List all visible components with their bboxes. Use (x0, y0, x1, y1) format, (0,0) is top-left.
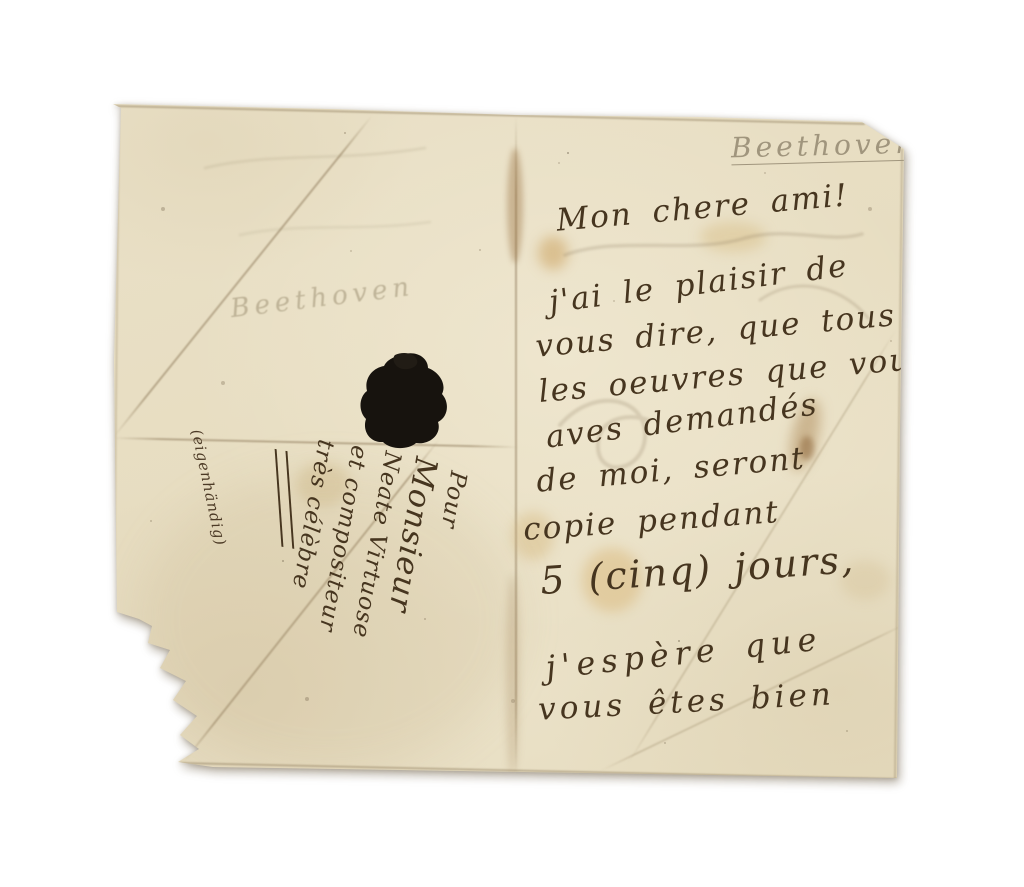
address-block: Pour Monsieur Neate Virtuose et composit… (249, 433, 476, 692)
pencil-inscription-beethoven: Beethoven (731, 127, 918, 165)
photo-stage: Beethoven Beethoven Mon chere ami! j'ai … (0, 0, 1024, 887)
address-flourish (275, 449, 295, 549)
wax-seal (359, 351, 451, 451)
letter-paper: Beethoven Beethoven Mon chere ami! j'ai … (0, 0, 1024, 887)
paper-shadow: Beethoven Beethoven Mon chere ami! j'ai … (0, 0, 1024, 887)
paper-specks (0, 0, 2, 2)
